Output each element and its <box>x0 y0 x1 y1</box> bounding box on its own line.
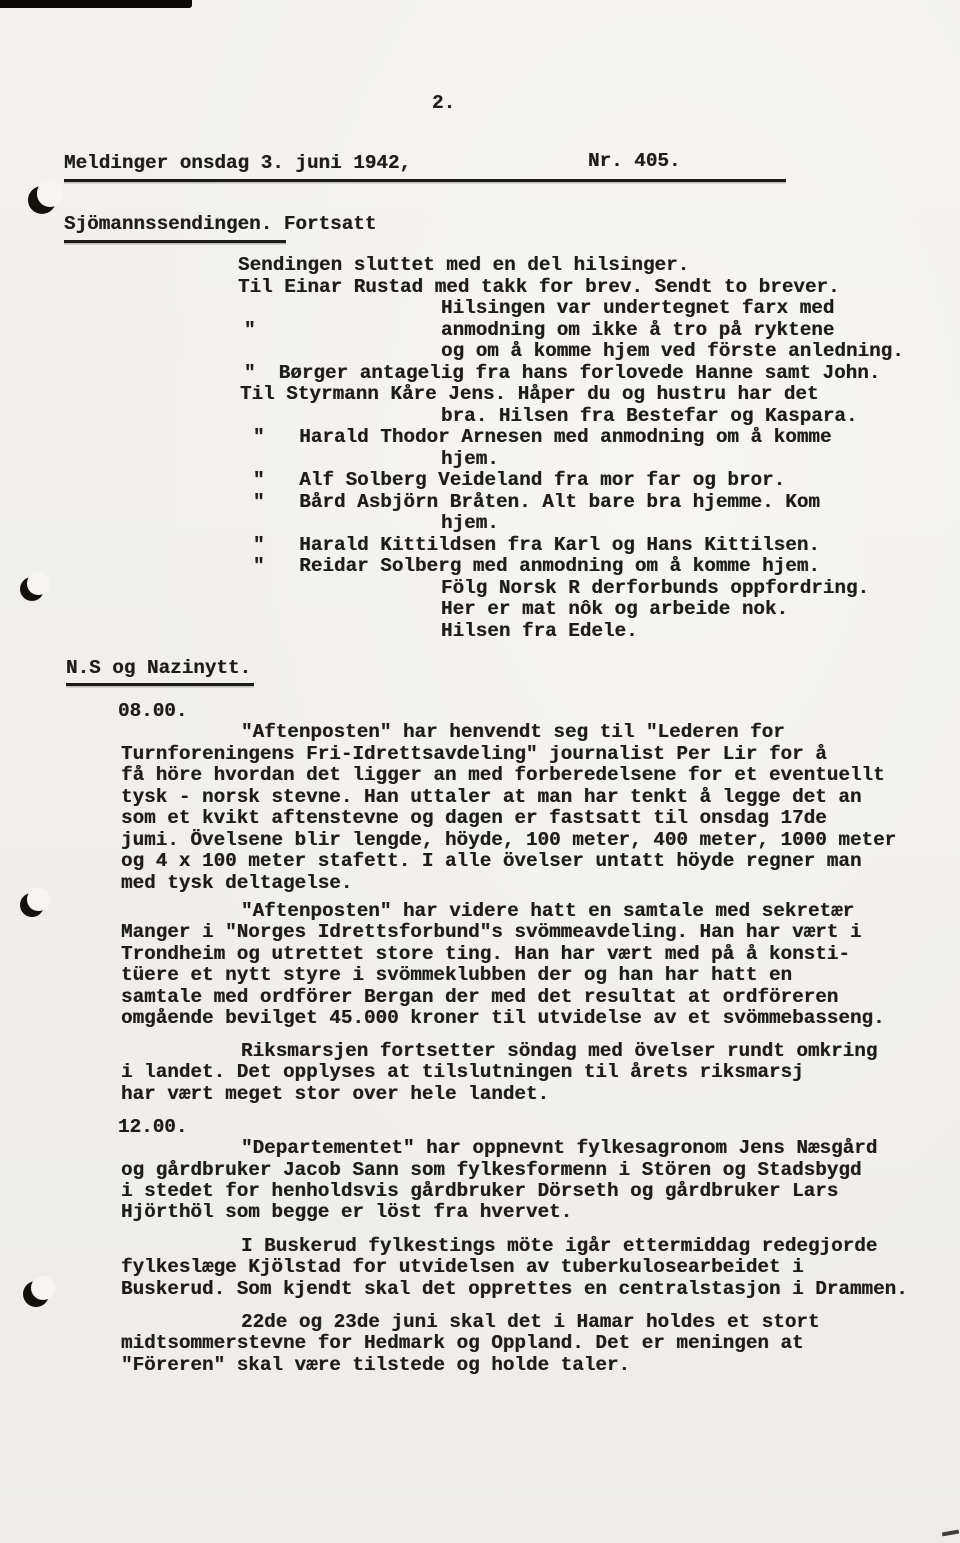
typed-line: " Reidar Solberg med anmodning om å komm… <box>253 555 820 577</box>
pen-mark-crescent <box>23 1281 49 1307</box>
typed-line: har vært meget stor over hele landet. <box>121 1083 549 1105</box>
header-underline <box>64 179 786 182</box>
typed-line: Sendingen sluttet med en del hilsinger. <box>238 254 689 276</box>
typed-line: Riksmarsjen fortsetter söndag med övelse… <box>241 1040 877 1062</box>
typed-line: samtale med ordförer Bergan der med det … <box>121 986 838 1008</box>
typed-line: "Departementet" har oppnevnt fylkesagron… <box>241 1137 877 1159</box>
typed-line: Her er mat nôk og arbeide nok. <box>441 598 788 620</box>
header-title: Meldinger onsdag 3. juni 1942, <box>64 152 411 174</box>
section-heading-text: Sjömannssendingen. <box>64 213 272 235</box>
scan-edge-artifact <box>0 0 192 8</box>
section-heading-underline <box>64 240 286 243</box>
section-heading-underline <box>66 683 254 686</box>
typed-line: "Aftenposten" har videre hatt en samtale… <box>241 900 854 922</box>
typed-line: anmodning om ikke å tro på ryktene <box>441 319 834 341</box>
pen-mark-crescent <box>20 893 44 917</box>
typed-line: hjem. <box>441 512 499 534</box>
typed-line: " Børger antagelig fra hans forlovede Ha… <box>244 362 880 384</box>
typed-line: Hilsen fra Edele. <box>441 620 638 642</box>
typed-line: Til Styrmann Kåre Jens. Håper du og hust… <box>240 383 819 405</box>
typed-line: Turnforeningens Fri-Idrettsavdeling" jou… <box>121 743 827 765</box>
typed-line: bra. Hilsen fra Bestefar og Kaspara. <box>441 405 858 427</box>
page-number: 2. <box>432 92 455 114</box>
section-heading-sjomannssendingen: Sjömannssendingen. Fortsatt <box>64 213 376 235</box>
typed-line: 12.00. <box>118 1116 187 1138</box>
typed-line: med tysk deltagelse. <box>121 872 352 894</box>
typed-line: " Alf Solberg Veideland fra mor far og b… <box>253 469 785 491</box>
typed-line: og gårdbruker Jacob Sann som fylkesforme… <box>121 1159 862 1181</box>
typed-line: Buskerud. Som kjendt skal det opprettes … <box>121 1278 908 1300</box>
typed-line: " Harald Thodor Arnesen med anmodning om… <box>253 426 832 448</box>
typed-line: 22de og 23de juni skal det i Hamar holde… <box>241 1311 820 1333</box>
typed-line: " Bård Asbjörn Bråten. Alt bare bra hjem… <box>253 491 820 513</box>
typed-line: Trondheim og utrettet store ting. Han ha… <box>121 943 850 965</box>
typed-line: tysk - norsk stevne. Han uttaler at man … <box>121 786 862 808</box>
typed-line: fylkeslæge Kjölstad for utvidelsen av tu… <box>121 1256 804 1278</box>
scan-corner-artifact <box>942 1530 959 1537</box>
typed-line: Hjörthöl som begge er löst fra hvervet. <box>121 1201 572 1223</box>
header-issue-number: Nr. 405. <box>588 150 681 172</box>
typed-line: I Buskerud fylkestings möte igår ettermi… <box>241 1235 877 1257</box>
typed-line: hjem. <box>441 448 499 470</box>
typed-line: Manger i "Norges Idrettsforbund"s svömme… <box>121 921 862 943</box>
typed-line: i landet. Det opplyses at tilslutningen … <box>121 1061 804 1083</box>
typed-line: Til Einar Rustad med takk for brev. Send… <box>238 276 840 298</box>
typed-line: jumi. Övelsene blir lengde, höyde, 100 m… <box>121 829 896 851</box>
ditto-mark: " <box>244 319 256 341</box>
typed-line: midtsommerstevne for Hedmark og Oppland.… <box>121 1332 804 1354</box>
typed-line: i stedet for henholdsvis gårdbruker Dörs… <box>121 1180 838 1202</box>
document-page: 2. Meldinger onsdag 3. juni 1942, Nr. 40… <box>0 0 960 1543</box>
typed-line: omgående bevilget 45.000 kroner til utvi… <box>121 1007 885 1029</box>
typed-line: " Harald Kittildsen fra Karl og Hans Kit… <box>253 534 820 556</box>
typed-line: og om å komme hjem ved förste anledning. <box>441 340 904 362</box>
typed-line: Fölg Norsk R derforbunds oppfordring. <box>441 577 869 599</box>
section-heading-suffix: Fortsatt <box>272 213 376 235</box>
pen-mark-crescent <box>28 186 56 214</box>
section-heading-ns-og-nazinytt: N.S og Nazinytt. <box>66 657 251 679</box>
typed-line: Hilsingen var undertegnet farx med <box>441 297 834 319</box>
typed-line: få höre hvordan det ligger an med forber… <box>121 764 885 786</box>
typed-line: 08.00. <box>118 700 187 722</box>
pen-mark-crescent <box>20 577 44 601</box>
typed-line: og 4 x 100 meter stafett. I alle övelser… <box>121 850 862 872</box>
typed-line: "Föreren" skal være tilstede og holde ta… <box>121 1354 630 1376</box>
typed-line: "Aftenposten" har henvendt seg til "Lede… <box>241 721 785 743</box>
typed-line: tüere et nytt styre i svömmeklubben der … <box>121 964 792 986</box>
typed-line: som et kvikt aftenstevne og dagen er fas… <box>121 807 827 829</box>
